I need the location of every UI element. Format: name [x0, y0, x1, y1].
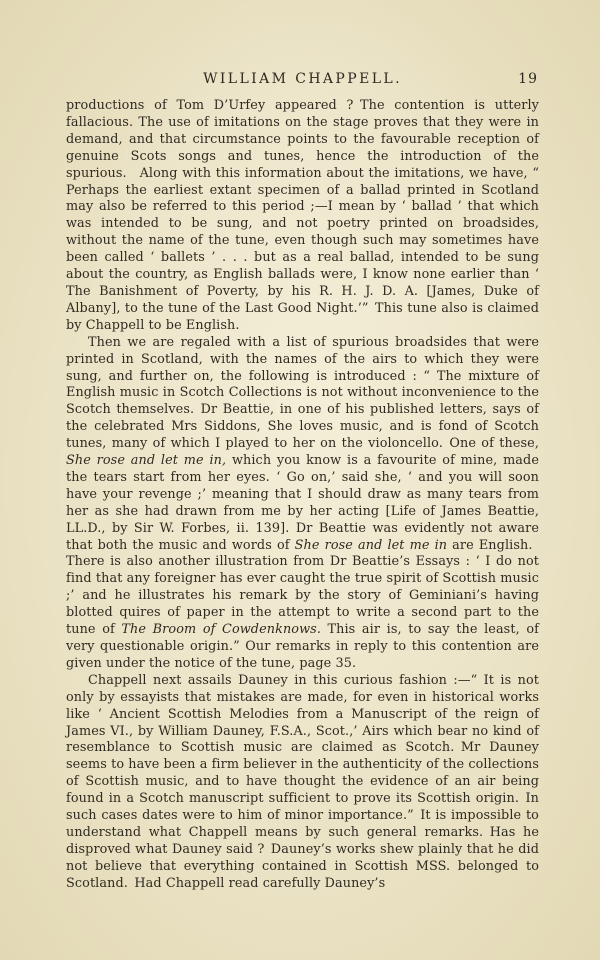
text-run: Then we are regaled with a list of spuri…	[66, 335, 539, 451]
italic-text-run: The Broom of Cowdenknows.	[121, 622, 321, 637]
paragraph: Chappell next assails Dauney in this cur…	[66, 673, 539, 893]
page-body: productions of Tom D’Urfey appeared ? Th…	[66, 98, 539, 893]
text-run: Chappell next assails Dauney in this cur…	[66, 673, 539, 891]
italic-text-run: She rose and let me in	[295, 538, 447, 553]
running-header-title: WILLIAM CHAPPELL.	[66, 71, 539, 87]
book-page: WILLIAM CHAPPELL. 19 productions of Tom …	[0, 0, 600, 960]
italic-text-run: She rose and let me in,	[66, 453, 226, 468]
running-header: WILLIAM CHAPPELL. 19	[66, 71, 539, 91]
page-number: 19	[518, 71, 538, 87]
text-run: productions of Tom D’Urfey appeared ? Th…	[66, 98, 539, 333]
paragraph: productions of Tom D’Urfey appeared ? Th…	[66, 98, 539, 335]
paragraph: Then we are regaled with a list of spuri…	[66, 335, 539, 673]
